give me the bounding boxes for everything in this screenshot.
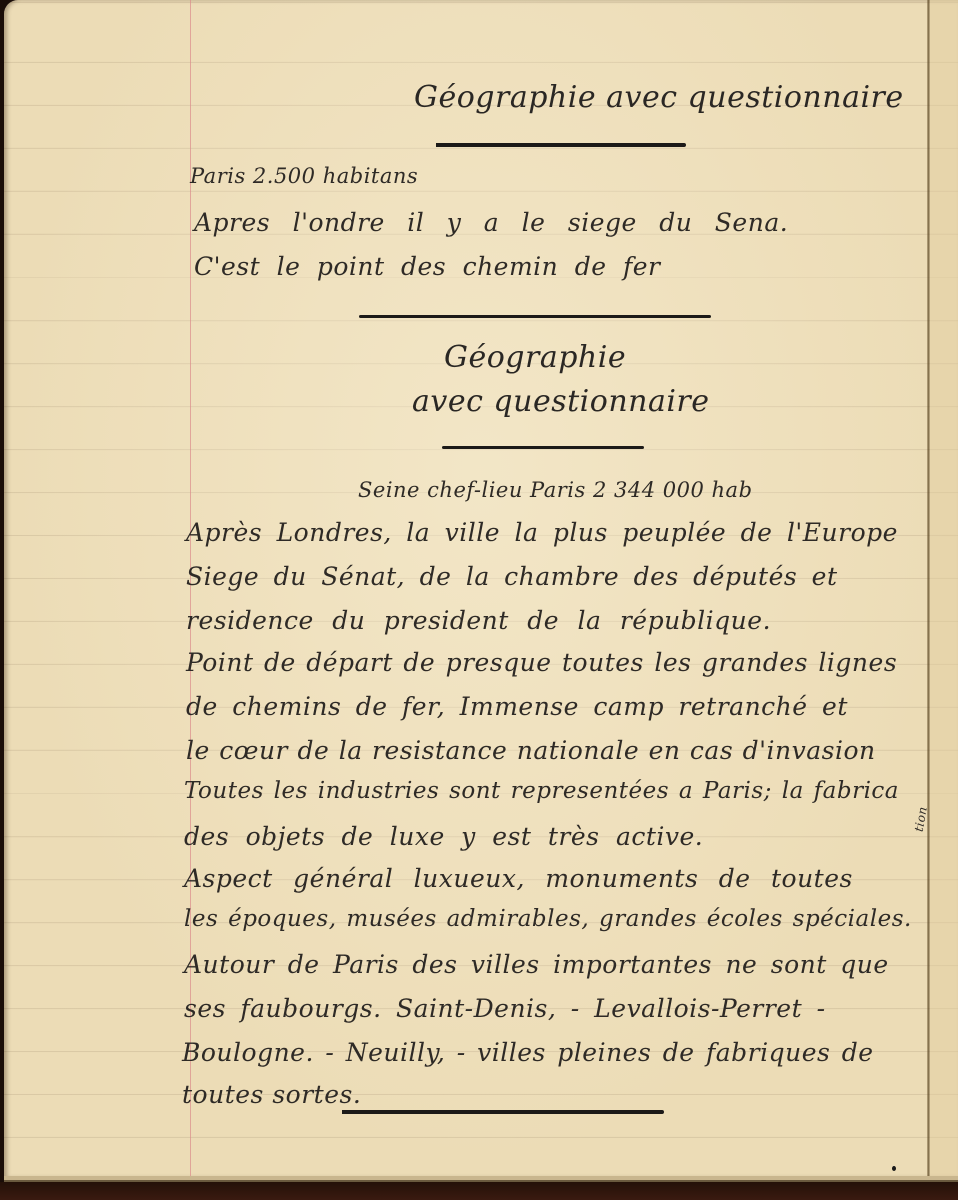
body-line: Boulogne. - Neuilly, - villes pleines de… (182, 1038, 874, 1067)
body-line: Toutes les industries sont representées … (184, 778, 899, 804)
body-line: de chemins de fer, Immense camp retranch… (186, 692, 848, 721)
body-line: Aspect général luxueux, monuments de tou… (184, 864, 853, 893)
section2-subtitle: Seine chef-lieu Paris 2 344 000 hab (358, 478, 753, 502)
adjacent-page-edge (930, 0, 958, 1178)
body-line: Après Londres, la ville la plus peuplée … (186, 518, 898, 547)
body-line: toutes sortes. (182, 1080, 361, 1109)
body-line: Autour de Paris des villes importantes n… (184, 950, 889, 979)
body-line: residence du president de la république. (186, 606, 771, 635)
section-end-rule (342, 1110, 664, 1114)
section2-title-line2: avec questionnaire (412, 384, 710, 419)
section1-line: Paris 2.500 habitans (190, 164, 418, 188)
section1-line: Apres l'ondre il y a le siege du Sena. (194, 208, 788, 237)
section1-title: Géographie avec questionnaire (414, 80, 904, 115)
ink-spot (892, 1166, 896, 1171)
body-line: le cœur de la resistance nationale en ca… (186, 736, 876, 765)
title-underline (442, 446, 644, 449)
body-line: les époques, musées admirables, grandes … (184, 906, 912, 932)
body-line: Point de départ de presque toutes les gr… (186, 648, 897, 677)
section1-line: C'est le point des chemin de fer (194, 252, 660, 281)
section-divider (359, 315, 711, 318)
body-line: Siege du Sénat, de la chambre des député… (186, 562, 838, 591)
title-underline (436, 143, 686, 147)
notebook-page: Géographie avec questionnaire Paris 2.50… (4, 0, 958, 1178)
section2-title-line1: Géographie (444, 340, 626, 375)
body-line: des objets de luxe y est très active. (184, 822, 703, 851)
body-line: ses faubourgs. Saint-Denis, - Levallois-… (184, 994, 826, 1023)
notebook-cover (0, 1182, 958, 1200)
